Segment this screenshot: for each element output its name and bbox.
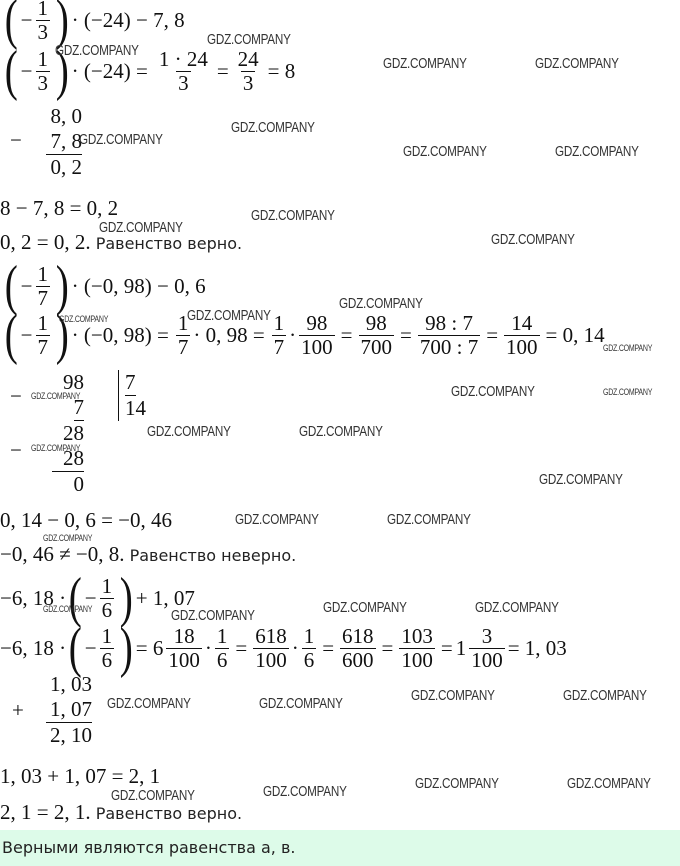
watermark: GDZ.COMPANY <box>31 443 80 453</box>
watermark: GDZ.COMPANY <box>299 423 383 440</box>
result-line-a: 8 − 7, 8 = 0, 2 <box>0 196 118 221</box>
watermark: GDZ.COMPANY <box>207 31 291 48</box>
watermark: GDZ.COMPANY <box>55 42 139 59</box>
answer-box: Верными являются равенства а, в. <box>0 830 680 866</box>
step-c: −6, 18 · (− 16 ) = 6 18100 · 16 = 618100… <box>0 620 567 676</box>
watermark: GDZ.COMPANY <box>263 783 347 800</box>
division-op-2: − <box>10 438 22 463</box>
watermark: GDZ.COMPANY <box>403 143 487 160</box>
watermark: GDZ.COMPANY <box>539 471 623 488</box>
watermark: GDZ.COMPANY <box>339 295 423 312</box>
watermark: GDZ.COMPANY <box>147 423 231 440</box>
watermark: GDZ.COMPANY <box>79 131 163 148</box>
watermark: GDZ.COMPANY <box>323 599 407 616</box>
watermark: GDZ.COMPANY <box>603 387 652 397</box>
watermark: GDZ.COMPANY <box>43 604 92 614</box>
answer-text: Верными являются равенства а, в. <box>2 838 295 857</box>
watermark: GDZ.COMPANY <box>59 314 108 324</box>
division-divisor: 7 14 <box>118 370 146 421</box>
watermark: GDZ.COMPANY <box>31 391 80 401</box>
watermark: GDZ.COMPANY <box>259 695 343 712</box>
expression-c: −6, 18 · (− 16 ) + 1, 07 <box>0 570 195 626</box>
watermark: GDZ.COMPANY <box>235 511 319 528</box>
watermark: GDZ.COMPANY <box>99 219 183 236</box>
long-division: 98 7 28 28 0 <box>52 370 84 497</box>
watermark: GDZ.COMPANY <box>567 775 651 792</box>
watermark: GDZ.COMPANY <box>107 695 191 712</box>
column-subtraction-a: 8, 0 7, 8 0, 2 <box>46 104 82 180</box>
column-op-a: − <box>10 128 22 153</box>
column-addition-c: 1, 03 1, 07 2, 10 <box>46 672 92 748</box>
watermark: GDZ.COMPANY <box>387 511 471 528</box>
watermark: GDZ.COMPANY <box>171 607 255 624</box>
step-a: (− 13 ) · (−24) = 1 · 243 = 243 = 8 <box>2 43 295 99</box>
watermark: GDZ.COMPANY <box>555 143 639 160</box>
watermark: GDZ.COMPANY <box>603 343 652 353</box>
division-op-1: − <box>10 384 22 409</box>
watermark: GDZ.COMPANY <box>475 599 559 616</box>
watermark: GDZ.COMPANY <box>383 55 467 72</box>
conclusion-b: −0, 46 ≠ −0, 8. Равенство неверно. <box>0 542 296 567</box>
watermark: GDZ.COMPANY <box>251 207 335 224</box>
watermark: GDZ.COMPANY <box>535 55 619 72</box>
watermark: GDZ.COMPANY <box>43 533 92 543</box>
watermark: GDZ.COMPANY <box>415 775 499 792</box>
result-line-c: 1, 03 + 1, 07 = 2, 1 <box>0 764 160 789</box>
watermark: GDZ.COMPANY <box>451 383 535 400</box>
watermark: GDZ.COMPANY <box>411 687 495 704</box>
watermark: GDZ.COMPANY <box>111 787 195 804</box>
watermark: GDZ.COMPANY <box>491 231 575 248</box>
result-line-b: 0, 14 − 0, 6 = −0, 46 <box>0 508 172 533</box>
expression-b: (− 17 ) · (−0, 98) − 0, 6 <box>2 258 206 314</box>
expression-a: (− 13 ) · (−24) − 7, 8 <box>2 0 185 48</box>
column-op-c: + <box>12 698 24 723</box>
watermark: GDZ.COMPANY <box>231 119 315 136</box>
watermark: GDZ.COMPANY <box>187 307 271 324</box>
watermark: GDZ.COMPANY <box>563 687 647 704</box>
